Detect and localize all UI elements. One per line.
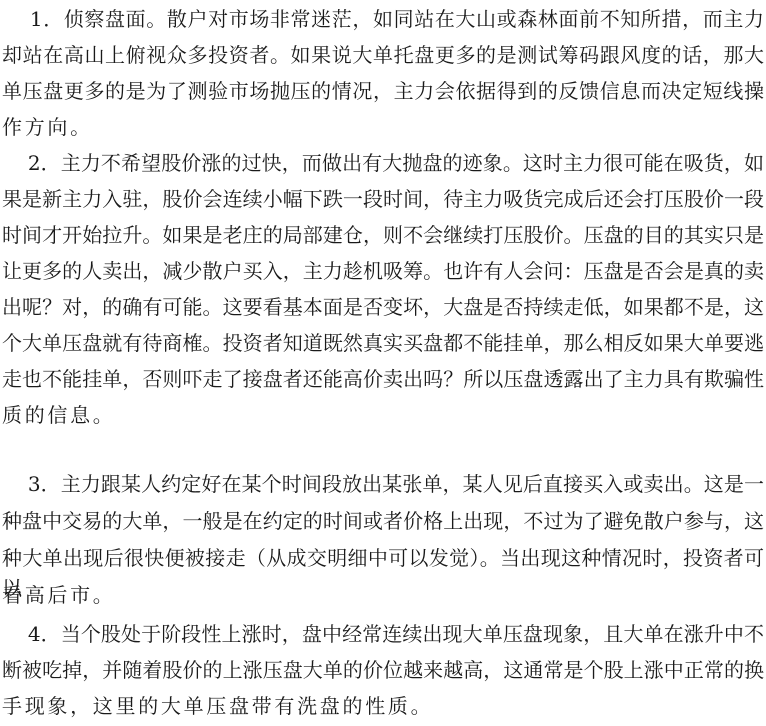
paragraph-2-line-4: 让更多的人卖出，减少散户买入，主力趁机吸筹。也许有人会问：压盘是否会是真的卖: [2, 256, 764, 286]
paragraph-2-line-8: 质的信息。: [2, 400, 764, 430]
paragraph-2-line-7: 走也不能挂单，否则吓走了接盘者还能高价卖出吗？所以压盘透露出了主力具有欺骗性: [2, 364, 764, 394]
paragraph-2-line-6: 个大单压盘就有待商榷。投资者知道既然真实买盘都不能挂单，那么相反如果大单要逃: [2, 328, 764, 358]
paragraph-3-line-4: 看高后市。: [2, 580, 764, 610]
paragraph-1-line-2: 却站在高山上俯视众多投资者。如果说大单托盘更多的是测试筹码跟风度的话，那大: [2, 40, 764, 70]
paragraph-2-line-3: 时间才开始拉升。如果是老庄的局部建仓，则不会继续打压股价。压盘的目的其实只是: [2, 220, 764, 250]
paragraph-4-line-1: 4．当个股处于阶段性上涨时，盘中经常连续出现大单压盘现象，且大单在涨升中不: [2, 619, 764, 649]
document-page: 1．侦察盘面。散户对市场非常迷茫，如同站在大山或森林面前不知所措，而主力 却站在…: [0, 0, 766, 726]
paragraph-2-line-2: 果是新主力入驻，股价会连续小幅下跌一段时间，待主力吸货完成后还会打压股价一段: [2, 184, 764, 214]
paragraph-2-line-1: 2．主力不希望股价涨的过快，而做出有大抛盘的迹象。这时主力很可能在吸货，如: [2, 148, 764, 178]
paragraph-3-line-2: 种盘中交易的大单，一般是在约定的时间或者价格上出现，不过为了避免散户参与，这: [2, 506, 764, 536]
paragraph-1-line-3: 单压盘更多的是为了测验市场抛压的情况，主力会依据得到的反馈信息而决定短线操: [2, 76, 764, 106]
paragraph-4-line-2: 断被吃掉，并随着股价的上涨压盘大单的价位越来越高，这通常是个股上涨中正常的换: [2, 655, 764, 685]
paragraph-1-line-1: 1．侦察盘面。散户对市场非常迷茫，如同站在大山或森林面前不知所措，而主力: [2, 4, 764, 34]
paragraph-4-line-3: 手现象，这里的大单压盘带有洗盘的性质。: [2, 691, 764, 721]
paragraph-1-line-4: 作方向。: [2, 112, 764, 142]
paragraph-2-line-5: 出呢？对，的确有可能。这要看基本面是否变坏，大盘是否持续走低，如果都不是，这: [2, 292, 764, 322]
paragraph-3-line-1: 3．主力跟某人约定好在某个时间段放出某张单，某人见后直接买入或卖出。这是一: [2, 469, 764, 499]
paragraph-3-line-3: 种大单出现后很快便被接走（从成交明细中可以发觉）。当出现这种情况时，投资者可以: [2, 543, 764, 573]
